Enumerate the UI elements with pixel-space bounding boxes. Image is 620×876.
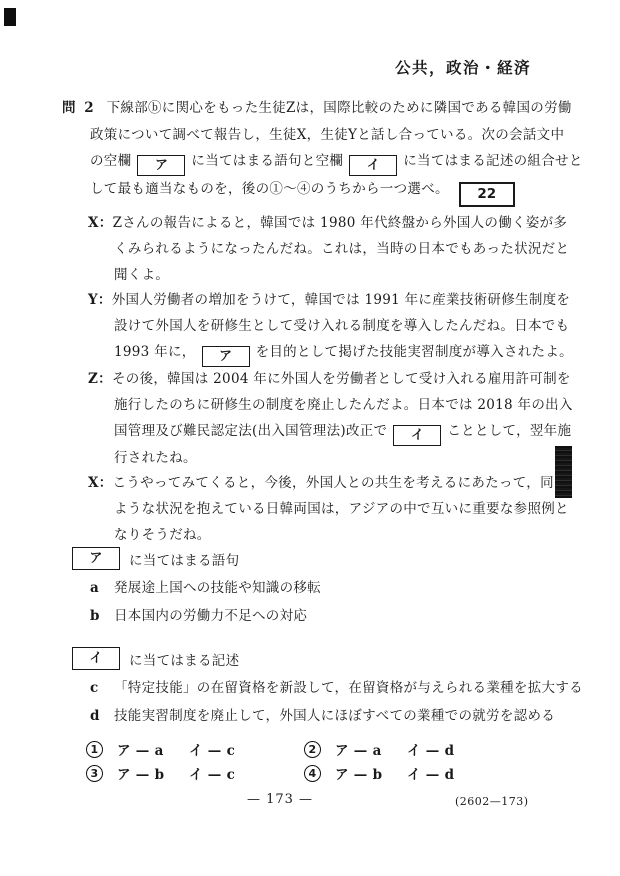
choice-pair: イ — c bbox=[189, 763, 261, 783]
choice-pair: ア — a bbox=[117, 739, 189, 759]
circled-number-1: 1 bbox=[86, 741, 103, 758]
option-c: c「特定技能」の在留資格を新設して，在留資格が与えられる業種を拡大する bbox=[72, 679, 572, 697]
option-d: d技能実習制度を廃止して，外国人にほぼすべての業種での就労を認める bbox=[72, 707, 572, 725]
page-header-title: 公共，政治・経済 bbox=[395, 56, 531, 78]
choice-row: 3 ア — b イ — c 4 ア — b イ — d bbox=[86, 761, 546, 785]
dialogue-text: こうやってみてくると，今後，外国人との共生を考えるにあたって，同じ bbox=[113, 475, 568, 491]
question-line: の空欄アに当てはまる語句と空欄イに当てはまる記述の組合せと bbox=[62, 148, 564, 176]
blank-i-section: イ に当てはまる記述 c「特定技能」の在留資格を新設して，在留資格が与えられる業… bbox=[72, 647, 572, 725]
blank-a-heading: ア に当てはまる語句 bbox=[72, 547, 572, 570]
choice-pair: ア — b bbox=[117, 763, 189, 783]
dialogue-line: ような状況を抱えている日韓両国は，アジアの中で互いに重要な参照例と bbox=[88, 497, 568, 523]
choice-pair: イ — d bbox=[407, 763, 479, 783]
answer-choices: 1 ア — a イ — c 2 ア — a イ — d 3 ア — b イ — … bbox=[86, 737, 546, 785]
option-text: 技能実習制度を廃止して，外国人にほぼすべての業種での就労を認める bbox=[114, 708, 555, 724]
speaker-label: X： bbox=[88, 475, 113, 491]
blank-box-i-header: イ bbox=[72, 647, 120, 670]
dialogue-text: 1993 年に， bbox=[114, 344, 196, 360]
dialogue-text: を目的として掲げた技能実習制度が導入されたよ。 bbox=[256, 344, 573, 360]
option-label: c bbox=[90, 679, 114, 697]
choice-2: 2 ア — a イ — d bbox=[304, 739, 522, 759]
exam-page: 公共，政治・経済 問 2下線部ⓑに関心をもった生徒Zは，国際比較のために隣国であ… bbox=[0, 0, 620, 876]
answer-slot-box: 22 bbox=[459, 182, 515, 207]
choice-1: 1 ア — a イ — c bbox=[86, 739, 304, 759]
blank-box-a: ア bbox=[137, 155, 185, 176]
blank-i-heading-text: に当てはまる記述 bbox=[129, 649, 239, 669]
question-text: して最も適当なものを，後の①～④のうちから一つ選べ。 bbox=[90, 181, 449, 197]
scan-corner-mark bbox=[4, 8, 16, 26]
question-text: に当てはまる記述の組合せと bbox=[403, 153, 582, 169]
option-label: d bbox=[90, 707, 114, 725]
circled-number-4: 4 bbox=[304, 765, 321, 782]
dialogue-text: こととして，翌年施 bbox=[447, 423, 571, 439]
dialogue-line: くみられるようになったんだね。これは，当時の日本でもあった状況だと bbox=[88, 237, 568, 263]
blank-i-heading: イ に当てはまる記述 bbox=[72, 647, 572, 670]
dialogue-line: 国管理及び難民認定法(出入国管理法)改正でイこととして，翌年施 bbox=[88, 419, 568, 446]
dialogue-text: Zさんの報告によると，韓国では 1980 年代終盤から外国人の働く姿が多 bbox=[113, 215, 568, 231]
option-label: a bbox=[90, 579, 114, 597]
option-text: 発展途上国への技能や知識の移転 bbox=[114, 580, 321, 596]
dialogue-line: 施行したのちに研修生の制度を廃止したんだよ。日本では 2018 年の出入 bbox=[88, 393, 568, 419]
option-b: b日本国内の労働力不足への対応 bbox=[72, 607, 572, 625]
dialogue-line: X：こうやってみてくると，今後，外国人との共生を考えるにあたって，同じ bbox=[88, 471, 568, 497]
blank-box-i: イ bbox=[349, 155, 397, 176]
dialogue-line: 1993 年に，アを目的として掲げた技能実習制度が導入されたよ。 bbox=[88, 340, 568, 367]
circled-number-2: 2 bbox=[304, 741, 321, 758]
blank-box-a-header: ア bbox=[72, 547, 120, 570]
speaker-label: Y： bbox=[88, 292, 112, 308]
blank-a-heading-text: に当てはまる語句 bbox=[129, 549, 239, 569]
question-intro: 問 2下線部ⓑに関心をもった生徒Zは，国際比較のために隣国である韓国の労働 政策… bbox=[62, 95, 564, 207]
question-line: して最も適当なものを，後の①～④のうちから一つ選べ。22 bbox=[62, 176, 564, 207]
speaker-label: X： bbox=[88, 215, 113, 231]
scan-edge-mark bbox=[555, 446, 572, 498]
dialogue-line: 聞くよ。 bbox=[88, 263, 568, 289]
choice-pair: ア — a bbox=[335, 739, 407, 759]
question-text: 下線部ⓑに関心をもった生徒Zは，国際比較のために隣国である韓国の労働 bbox=[107, 100, 572, 116]
choice-row: 1 ア — a イ — c 2 ア — a イ — d bbox=[86, 737, 546, 761]
question-text: に当てはまる語句と空欄 bbox=[191, 153, 343, 169]
circled-number-3: 3 bbox=[86, 765, 103, 782]
choice-4: 4 ア — b イ — d bbox=[304, 763, 522, 783]
option-text: 「特定技能」の在留資格を新設して，在留資格が与えられる業種を拡大する bbox=[114, 680, 583, 696]
choice-pair: イ — c bbox=[189, 739, 261, 759]
dialogue-block: X：Zさんの報告によると，韓国では 1980 年代終盤から外国人の働く姿が多 く… bbox=[88, 211, 568, 549]
option-text: 日本国内の労働力不足への対応 bbox=[114, 608, 307, 624]
choice-3: 3 ア — b イ — c bbox=[86, 763, 304, 783]
dialogue-line: Y：外国人労働者の増加をうけて，韓国では 1991 年に産業技術研修生制度を bbox=[88, 288, 568, 314]
choice-pair: ア — b bbox=[335, 763, 407, 783]
dialogue-line: なりそうだね。 bbox=[88, 523, 568, 549]
question-text: の空欄 bbox=[90, 153, 131, 169]
option-label: b bbox=[90, 607, 114, 625]
dialogue-line: Z：その後，韓国は 2004 年に外国人を労働者として受け入れる雇用許可制を bbox=[88, 367, 568, 393]
blank-a-section: ア に当てはまる語句 a発展途上国への技能や知識の移転 b日本国内の労働力不足へ… bbox=[72, 547, 572, 625]
dialogue-line: 設けて外国人を研修生として受け入れる制度を導入したんだね。日本でも bbox=[88, 314, 568, 340]
blank-box-a-inline: ア bbox=[202, 346, 250, 367]
question-number-label: 問 2 bbox=[62, 100, 96, 116]
dialogue-line: 行されたね。 bbox=[88, 446, 568, 472]
choice-pair: イ — d bbox=[407, 739, 479, 759]
booklet-code: (2602—173) bbox=[455, 795, 529, 808]
option-a: a発展途上国への技能や知識の移転 bbox=[72, 579, 572, 597]
question-line: 政策について調べて報告し，生徒X，生徒Yと話し合っている。次の会話文中 bbox=[62, 122, 564, 149]
dialogue-line: X：Zさんの報告によると，韓国では 1980 年代終盤から外国人の働く姿が多 bbox=[88, 211, 568, 237]
dialogue-text: その後，韓国は 2004 年に外国人を労働者として受け入れる雇用許可制を bbox=[112, 371, 571, 387]
dialogue-text: 外国人労働者の増加をうけて，韓国では 1991 年に産業技術研修生制度を bbox=[112, 292, 570, 308]
dialogue-text: 国管理及び難民認定法(出入国管理法)改正で bbox=[114, 423, 387, 439]
blank-box-i-inline: イ bbox=[393, 425, 441, 446]
speaker-label: Z： bbox=[88, 371, 112, 387]
question-line: 問 2下線部ⓑに関心をもった生徒Zは，国際比較のために隣国である韓国の労働 bbox=[62, 95, 564, 122]
